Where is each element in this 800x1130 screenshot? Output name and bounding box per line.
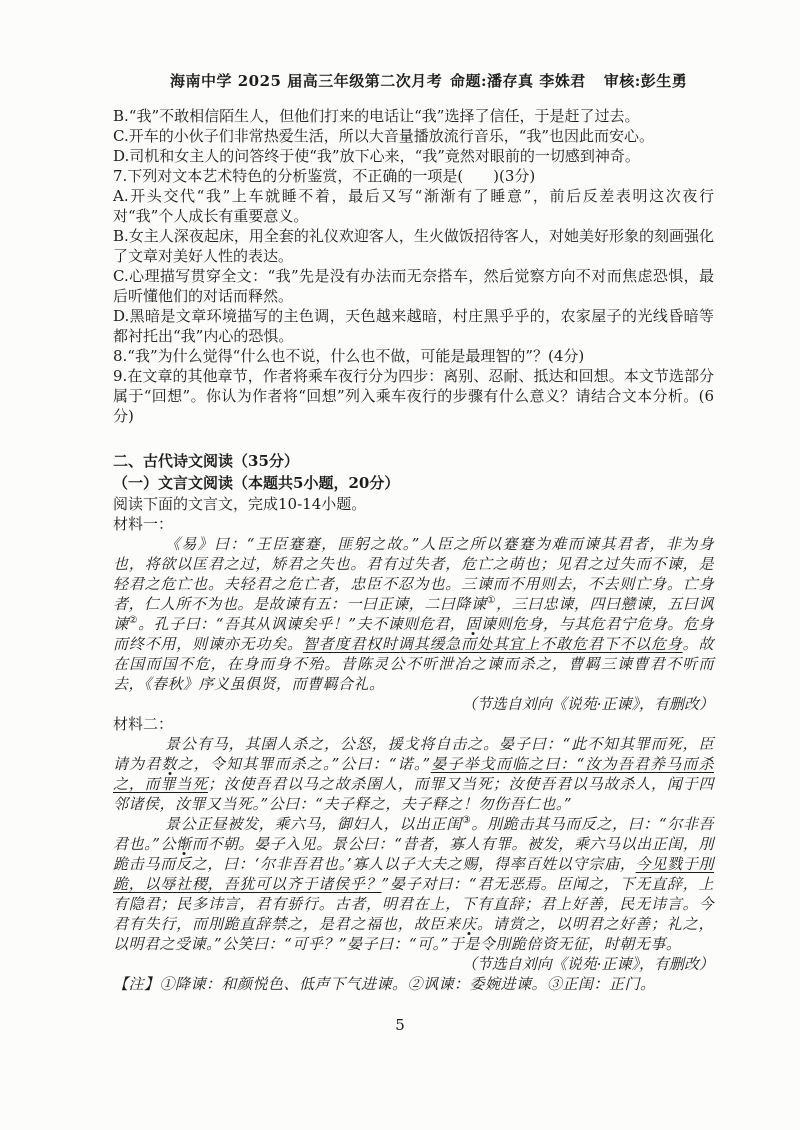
q9-stem: 9.在文章的其他章节，作者将乘车夜行分为四步：离别、忍耐、抵达和回想。本文节选部… [113, 366, 714, 426]
q6-option-d: D.司机和女主人的问答终于使“我”放下心来，“我”竟然对眼前的一切感到神奇。 [113, 146, 714, 166]
q8-stem: 8.“我”为什么觉得“什么也不说，什么也不做，可能是最理智的”？(4分) [113, 346, 714, 366]
material1-attribution: （节选自刘向《说苑·正谏》，有删改） [113, 694, 714, 714]
material2-attribution: （节选自刘向《说苑·正谏》，有删改） [113, 954, 714, 974]
text-run-plain: 之，令知其罪而杀之。”公曰：“诺。” [178, 755, 431, 773]
q7-option-d: D.黑暗是文章环境描写的主色调，天色越来越暗，村庄黑乎乎的，农家屋子的光线昏暗等… [113, 306, 714, 346]
text-run-dot: 惭 [176, 835, 192, 853]
exam-title: 海南中学 2025 届高三年级第二次月考 [170, 70, 442, 91]
exam-setter: 命题:潘存真 李姝君 [450, 72, 586, 90]
page-number: 5 [0, 1016, 800, 1034]
reading-instruction: 阅读下面的文言文，完成10-14小题。 [113, 494, 714, 514]
section2-subtitle: （一）文言文阅读（本题共5小题，20分） [113, 472, 714, 494]
text-run-dot: 数 [161, 755, 177, 773]
footnotes: 【注】①降谏：和颜悦色、低声下气进谏。②讽谏：委婉进谏。③正闺：正门。 [113, 974, 714, 994]
q7-option-a: A.开头交代“我”上车就睡不着，最后又写“渐渐有了睡意”，前后反差表明这次夜行对… [113, 186, 714, 226]
section2-title: 二、古代诗文阅读（35分） [113, 450, 714, 472]
material2-paragraph-1: 景公有马，其圉人杀之，公怒，援戈将自击之。晏子曰：“此不知其罪而死，臣请为君数之… [113, 734, 714, 814]
material2-paragraph-2: 景公正昼被发，乘六马，御妇人，以出正闺③。刖跪击其马而反之，曰：“尔非吾君也。”… [113, 814, 714, 954]
text-run-dot: 庆 [461, 915, 477, 933]
q7-option-c: C.心理描写贯穿全文：“我”先是没有办法而无奈搭车，然后觉察方向不对而焦虑恐惧，… [113, 266, 714, 306]
q6-option-b: B.“我”不敢相信陌生人，但他们打来的电话让“我”选择了信任，于是赶了过去。 [113, 106, 714, 126]
exam-reviewer: 审核:彭生勇 [604, 72, 688, 90]
q6-option-c: C.开车的小伙子们非常热爱生活，所以大音量播放流行音乐，“我”也因此而安心。 [113, 126, 714, 146]
exam-content: B.“我”不敢相信陌生人，但他们打来的电话让“我”选择了信任，于是赶了过去。 C… [113, 106, 714, 994]
text-run-u: 智者度君权时调其缓急而处其宜上不敢危君下不以危身 [303, 635, 683, 653]
text-run-plain: 景公正昼被发，乘六马，御妇人，以出正闺 [165, 815, 462, 833]
text-run-plain: 而不朝。晏子入见。景公曰：“昔者，寡人有罪。被发，乘六马以出正闺，刖跪击马而反之… [113, 835, 714, 873]
text-run-plain: 。孔子曰：“吾其从讽谏矣乎！”夫不谏则危君， [138, 615, 465, 633]
text-run-dot: 固 [465, 615, 481, 633]
text-run-sup: ② [129, 615, 139, 626]
material2-label: 材料二： [113, 714, 714, 734]
text-run-sup: ① [487, 595, 497, 606]
material1-passage: 《易》曰：“王臣蹇蹇，匪躬之故。”人臣之所以蹇蹇为难而谏其君者，非为身也，将欲以… [113, 534, 714, 694]
exam-credits: 命题:潘存真 李姝君审核:彭生勇 [450, 70, 687, 91]
exam-page: 海南中学 2025 届高三年级第二次月考 命题:潘存真 李姝君审核:彭生勇 B.… [0, 0, 800, 1130]
material1-label: 材料一： [113, 514, 714, 534]
q7-option-b: B.女主人深夜起床，用全套的礼仪欢迎客人，生火做饭招待客人，对她美好形象的刻画强… [113, 226, 714, 266]
q7-stem: 7.下列对文本艺术特色的分析鉴赏，不正确的一项是( )(3分) [113, 166, 714, 186]
